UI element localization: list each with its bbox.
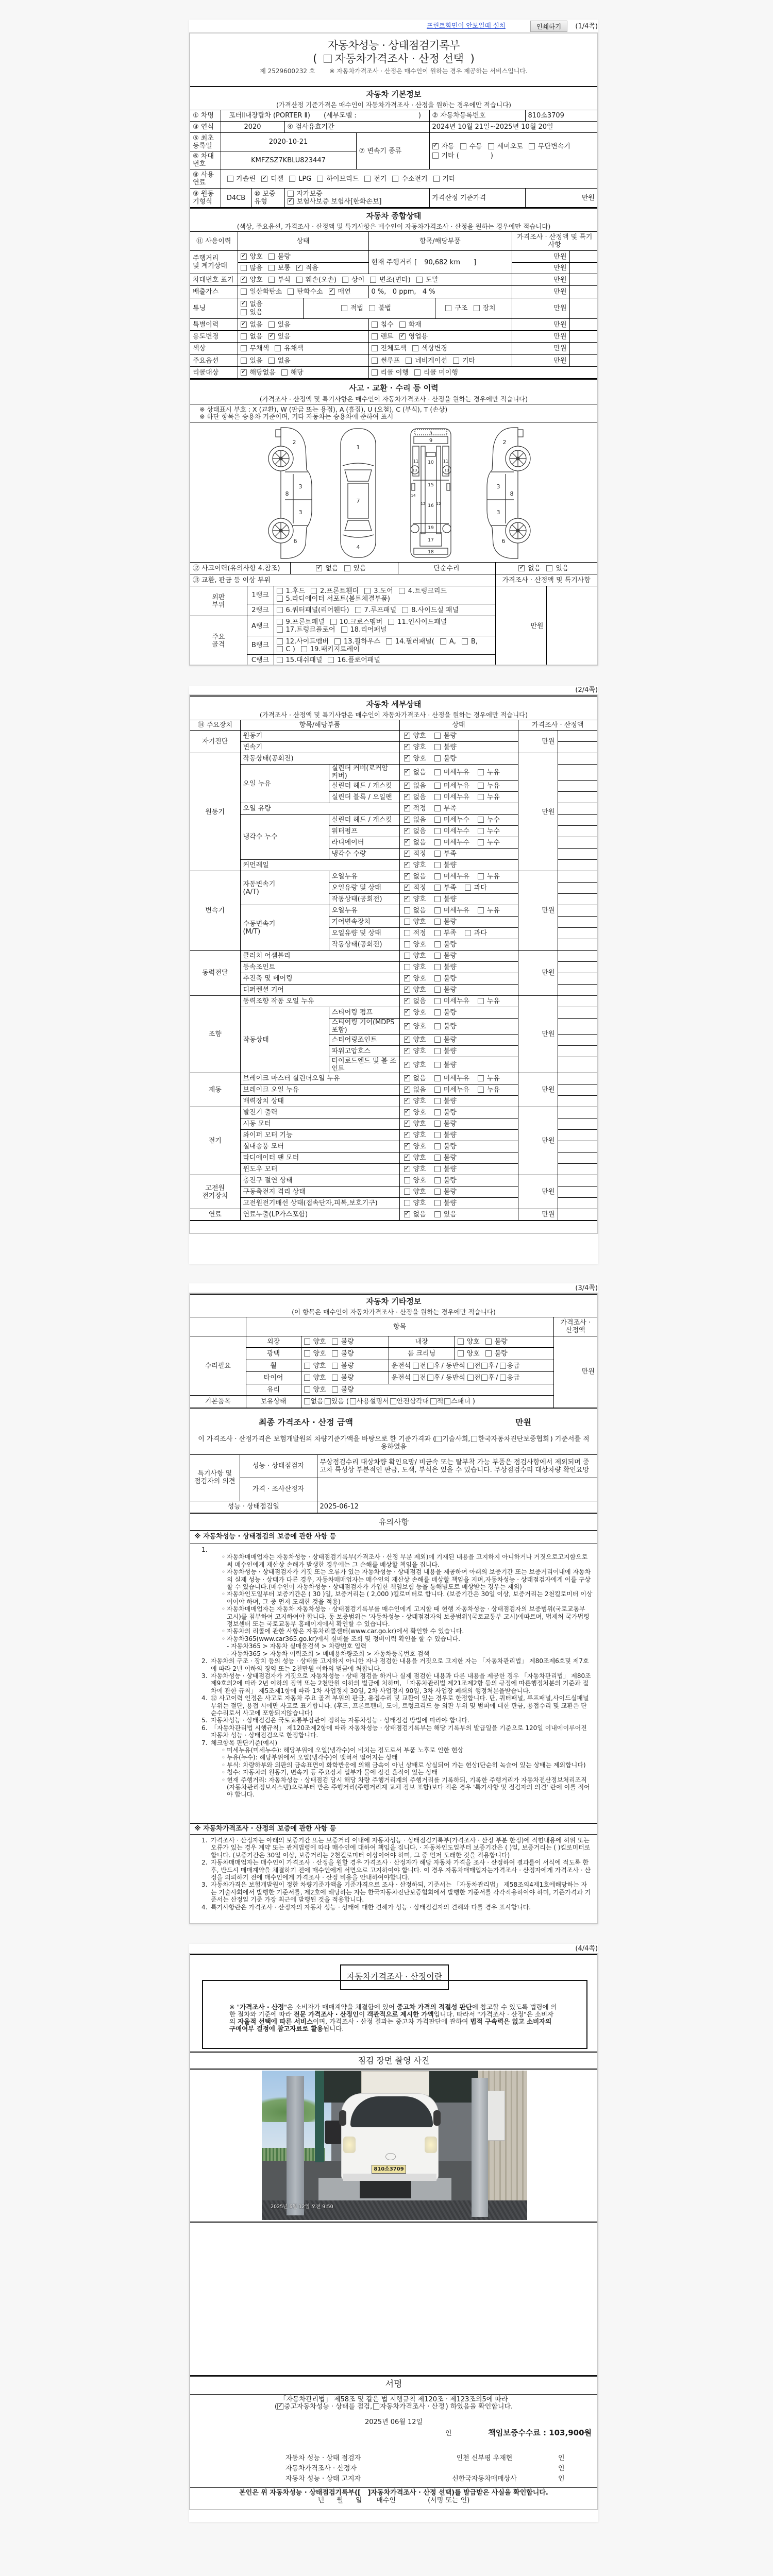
notice-number: 4.: [201, 1694, 211, 1717]
checkbox-option: 누유: [478, 1075, 500, 1082]
checkbox-label: 부족: [444, 850, 457, 858]
checkbox-label: 누수: [487, 827, 500, 835]
checkbox-unchecked-icon: [341, 626, 347, 633]
state-options: 양호불량: [399, 1130, 518, 1141]
col-header-price: 가격조사 · 산정액: [553, 1317, 597, 1336]
rank-items: 1.후드2.프론트휀더3.도어4.트렁크리드5.라디에이터 서포트(볼트체결부품…: [274, 586, 495, 604]
transmission-other-close: ): [491, 152, 493, 160]
checkbox-label: 양호: [413, 1143, 426, 1150]
checkbox-unchecked-icon: [481, 1375, 488, 1381]
checkbox-checked-icon: [404, 733, 410, 739]
checkbox-option: 양호: [404, 1009, 426, 1016]
checkbox-option: 불량: [332, 1338, 354, 1346]
checkbox-label: 미세누유: [444, 997, 469, 1005]
checkbox-unchecked-icon: [434, 755, 441, 761]
checkbox-option: 없음: [268, 357, 291, 365]
checkbox-option: 불량: [434, 1061, 457, 1069]
vin-mark-options: 양호부식훼손(오손)상이변조(변타)도말: [238, 274, 512, 286]
price-survey-about: 자동차가격조사 · 산정이란 ※ "가격조사 · 산정"은 소비자가 매매계약을…: [190, 1955, 597, 2052]
checkbox-label: 불량: [444, 986, 457, 994]
price-unit: 만원: [512, 298, 569, 319]
detail-status-rows: 자기진단원동기양호불량만원변속기양호불량원동기작동상태(공회전)양호불량만원오일…: [190, 731, 597, 1221]
warranty-type-options: 자가보증보험사보증 보험사[한화손보]: [284, 189, 429, 208]
checkbox-option: 네비게이션: [406, 357, 447, 365]
state-options: 양호불량: [399, 973, 518, 985]
checkbox-label: 양호: [413, 1131, 426, 1139]
price-note-cell: [558, 951, 597, 962]
checkbox-label: 불량: [444, 861, 457, 869]
checkbox-label: 무단변속기: [538, 143, 570, 150]
checkbox-label: 중고자동차성능 · 상태를 점검,: [284, 2403, 372, 2411]
notice-bullet: 자동차의 리콜에 관한 사항은 자동차리콜센터(www.car.go.kr)에서…: [211, 1628, 593, 1635]
checkbox-option: 과다: [465, 884, 487, 892]
part-label: 12: [421, 502, 426, 506]
checkbox-unchecked-icon: [372, 321, 378, 328]
checkbox-label: 불량: [444, 1120, 457, 1128]
page-indicator: (1/4쪽): [575, 23, 598, 30]
checkbox-unchecked-icon: [304, 1398, 310, 1404]
page-1-sheet: 자동차성능 · 상태점검기록부 ( 자동차가격조사 · 산정 선택 ) 제 25…: [189, 32, 598, 666]
checkbox-unchecked-icon: [328, 657, 334, 663]
price-note-cell: [558, 1057, 597, 1073]
checkbox-option: 사용설명서: [350, 1398, 389, 1405]
price-unit: 만원: [512, 274, 569, 286]
photo-windshield: [350, 2096, 433, 2127]
state-options: 양호불량: [399, 1035, 518, 1046]
checkbox-label: 부족: [444, 805, 457, 812]
sub-item-label: 스티어링 기어(MDPS포함): [329, 1019, 399, 1035]
checkbox-label: 부족: [444, 929, 457, 937]
checkbox-label: 적정: [413, 850, 426, 858]
checkbox-unchecked-icon: [372, 358, 378, 364]
checkbox-unchecked-icon: [478, 1087, 484, 1093]
checkbox-label: 보통: [278, 264, 291, 272]
checkbox-checked-icon: [316, 565, 322, 571]
checkbox-checked-icon: [404, 1048, 410, 1054]
checkbox-option: 양호: [404, 1061, 426, 1069]
checkbox-unchecked-icon: [342, 277, 348, 283]
section-subtitle: (이 항목은 매수인이 자동차가격조사 · 산정을 원하는 경우에만 적습니다): [190, 1308, 597, 1317]
col-header-state: 상태: [238, 232, 368, 251]
checkbox-unchecked-icon: [478, 1075, 484, 1081]
checkbox-unchecked-icon: [546, 565, 552, 571]
checkbox-unchecked-icon: [435, 1436, 442, 1442]
checkbox-option: 적정: [404, 805, 426, 812]
checkbox-label: 없음: [250, 300, 263, 308]
checkbox-option: 2.프론트휀더: [311, 587, 359, 595]
checkbox-label: 누유: [487, 1075, 500, 1082]
checkbox-label: 누유: [487, 1086, 500, 1094]
issuance-confirmation: 본인은 위 자동차성능 · 상태점검기록부([ ]자동차가격조사 · 산정 선택…: [190, 2489, 597, 2497]
item-label: 등속조인트: [240, 962, 399, 973]
checkbox-option: 양호: [404, 1109, 426, 1116]
item-label: 충전구 절연 상태: [240, 1175, 399, 1187]
checkbox-unchecked-icon: [434, 964, 441, 970]
main-options-state: 있음없음: [238, 355, 368, 367]
checkbox-option: 누수: [478, 827, 500, 835]
checkbox-option: 없음: [404, 816, 426, 824]
price-note-cell: [558, 985, 597, 996]
recall-items: 리콜 이행리콜 미이행: [368, 367, 597, 379]
law-options: 중고자동차성능 · 상태를 점검,자동차가격조사 · 산정: [277, 2403, 446, 2411]
checkbox-checked-icon: [268, 333, 275, 340]
checkbox-unchecked-icon: [478, 907, 484, 913]
sub-item-label: 실린더 헤드 / 개스킷: [329, 781, 399, 792]
photo-lift-pit: [360, 2181, 411, 2198]
item-label: 발전기 출력: [240, 1107, 399, 1118]
section-subtitle: (가격조사 · 산정액 및 특기사항은 매수인이 자동차가격조사 · 산정을 원…: [190, 395, 597, 404]
checkbox-option: 양호: [404, 861, 426, 869]
checkbox-option: 리콜 미이행: [414, 369, 458, 377]
checkbox-unchecked-icon: [304, 1363, 310, 1369]
checkbox-option: 있음: [344, 565, 366, 572]
inspection-validity-label: ④ 검사유효기간: [284, 122, 429, 133]
price-warranty-heading: ※ 자동차가격조사 · 산정의 보증에 관한 사항 등: [190, 1823, 597, 1835]
price-unit: 만원: [512, 286, 569, 298]
checkbox-checked-icon: [404, 1023, 410, 1029]
state-options: 양호불량: [399, 1187, 518, 1198]
checkbox-unchecked-icon: [289, 176, 295, 182]
checkbox-option: 누유: [478, 907, 500, 914]
part-label: 2: [293, 439, 296, 446]
checkbox-unchecked-icon: [529, 143, 535, 149]
checkbox-label: 전: [474, 1374, 481, 1382]
checkbox-option: 불량: [434, 1097, 457, 1105]
checkbox-unchecked-icon: [434, 987, 441, 993]
emission-options: 일산화탄소탄화수소매연: [238, 286, 368, 298]
notice-text: 체크항목 판단기준(예시)미세누유(미세누수): 해당부위에 오일(냉각수)이 …: [211, 1739, 593, 1799]
price-note-cell: [569, 286, 597, 298]
price-unit: 만원: [518, 951, 558, 996]
checkbox-option: 자동차가격조사 · 산정 선택: [324, 52, 464, 65]
checkbox-label: 양호: [413, 941, 426, 948]
wheel-options: 양호불량: [301, 1360, 389, 1372]
emission-values: 0 %, 0 ppm, 4 %: [368, 286, 512, 298]
notice-bullet: 자동차365(www.car365.go.kr)에서 실매물 조회 및 정비이력…: [211, 1635, 593, 1642]
checkbox-unchecked-icon: [399, 588, 405, 594]
checkbox-unchecked-icon: [406, 358, 412, 364]
detail-row: 조향동력조향 작동 오일 누유없음미세누유누유만원: [190, 996, 597, 1007]
page-indicator: (2/4쪽): [575, 686, 598, 694]
detail-row: 원동기작동상태(공회전)양호불량만원: [190, 753, 597, 765]
checkbox-checked-icon: [404, 783, 410, 789]
checkbox-unchecked-icon: [296, 277, 303, 283]
accident-parts-table: ⑫ 사고이력(유의사항 4.참조) 없음있음 단순수리 없음있음 ⑬ 교환, 판…: [190, 562, 597, 666]
checkbox-label: 과다: [474, 929, 487, 937]
checkbox-unchecked-icon: [434, 1048, 441, 1054]
checkbox-option: 수동: [460, 143, 482, 150]
checkbox-label: 영업용: [409, 333, 428, 341]
device-group-label: 전기: [190, 1107, 240, 1175]
special-history-items: 침수화재: [368, 319, 512, 331]
checkbox-option: 11.인사이드패널: [388, 618, 447, 626]
print-button[interactable]: 인쇄하기: [530, 21, 567, 32]
detail-status-heading: 자동차 세부상태 (가격조사 · 산정액 및 특기사항은 매수인이 자동차가격조…: [190, 696, 597, 720]
opinion-label: 특기사항 및 점검자의 의견: [190, 1454, 240, 1501]
checkbox-option: 불량: [434, 918, 457, 926]
overall-status-table: ⑪ 사용이력 상태 항목/해당부품 가격조사 · 산정액 및 특기사항 주행거리…: [190, 231, 597, 379]
checkbox-label: 양호: [467, 1350, 480, 1358]
item-label: 커먼레일: [240, 860, 399, 871]
checkbox-checked-icon: [404, 1166, 410, 1172]
price-note-cell: [558, 962, 597, 973]
page-3-strip: (3/4쪽): [189, 1283, 598, 1293]
inspection-validity-value: 2024년 10월 21일~2025년 10월 20일: [429, 122, 597, 133]
price-note-cell: [558, 928, 597, 939]
checkbox-unchecked-icon: [481, 1363, 488, 1369]
price-note-cell: [558, 1046, 597, 1057]
notice-paragraph: 자동차의 구조 · 장치 등의 성능 · 상태를 고지하지 아니한 자나 점검한…: [211, 1657, 593, 1672]
checkbox-label: 가솔린: [237, 175, 256, 183]
checkbox-option: 구조: [445, 304, 467, 312]
checkbox-option: 상이: [342, 276, 364, 284]
seal-mark: 인: [445, 2430, 452, 2437]
tire-options: 양호불량: [301, 1372, 389, 1384]
notice-text: 자동차매매업자는 매수인이 가격조사 · 산정을 원할 경우 가격조사 · 산정…: [211, 1859, 593, 1881]
detail-model-close: ): [418, 112, 421, 120]
state-options: 양호불량: [399, 1164, 518, 1175]
checkbox-label: 미세누유: [444, 782, 469, 790]
tuning-legal-options: 적법불법: [303, 298, 435, 319]
checkbox-option: 양호: [404, 1120, 426, 1128]
checkbox-option: 양호: [404, 1165, 426, 1173]
inspector-opinion-text: 무상점검수리 대상차량 확인요망/ 비금속 또는 탈부착 가능 부품은 점검사항…: [317, 1454, 597, 1478]
gloss-options: 양호불량: [301, 1348, 389, 1360]
device-group-label: 동력전달: [190, 951, 240, 996]
body-text: 됩니다.: [323, 2025, 344, 2032]
checkbox-unchecked-icon: [372, 345, 378, 351]
overall-status-heading: 자동차 종합상태 (색상, 주요옵션, 가격조사 · 산정액 및 특기사항은 매…: [190, 208, 597, 231]
checkbox-label: 양호: [413, 1165, 426, 1173]
checkbox-unchecked-icon: [372, 333, 378, 340]
part-label: 3: [497, 483, 500, 490]
checkbox-unchecked-icon: [478, 998, 484, 1004]
checkbox-label: 없음: [413, 907, 426, 914]
checkbox-checked-icon: [404, 1062, 410, 1068]
state-options: 없음미세누유누유: [399, 1073, 518, 1084]
color-label: 색상: [190, 343, 238, 355]
notice-bullet: 부식: 차량하부와 외판의 금속표면이 화학반응에 의해 금속이 아닌 상태로 …: [211, 1761, 593, 1769]
checkbox-option: 불량: [332, 1374, 354, 1382]
checkbox-option: 3.도어: [364, 587, 393, 595]
separator: /: [441, 1362, 443, 1370]
checkbox-option: 해당없음: [241, 369, 276, 377]
checkbox-unchecked-icon: [434, 1023, 441, 1029]
part-label: 17: [428, 538, 433, 543]
part-label: 13: [413, 468, 417, 472]
photo-bumper: [343, 2174, 436, 2181]
checkbox-checked-icon: [261, 176, 267, 182]
spare-option: 응급: [500, 1362, 520, 1370]
emphasis-text: 자율적 선택에 따른 서비스: [238, 2018, 313, 2025]
possession-state: 없음있음 (: [304, 1398, 350, 1405]
checkbox-label: 있음: [250, 309, 263, 316]
sub-item-label: 워터펌프: [329, 826, 399, 837]
checkbox-unchecked-icon: [334, 638, 341, 645]
checkbox-label: 5.라디에이터 서포트(볼트체결부품): [286, 595, 391, 603]
state-options: 양호불량: [399, 1118, 518, 1130]
item-label: 추진축 및 베어링: [240, 973, 399, 985]
checkbox-label: 한국자동차진단보증협회: [478, 1435, 549, 1443]
price-note-cell: [569, 343, 597, 355]
checkbox-label: B,: [471, 638, 478, 646]
checkbox-label: 없음: [413, 997, 426, 1005]
room-cleaning-label: 룸 크리닝: [389, 1348, 455, 1360]
checkbox-unchecked-icon: [434, 1143, 441, 1149]
sub-item-label: 오일누유: [329, 905, 399, 917]
checkbox-label: 없음: [311, 1398, 324, 1405]
photo-license-plate: 810소3709: [372, 2165, 406, 2174]
checkbox-unchecked-icon: [390, 1398, 396, 1404]
checkbox-label: 없음: [413, 839, 426, 846]
state-options: 없음미세누유누유: [399, 1084, 518, 1096]
separator: /: [496, 1374, 498, 1382]
checkbox-checked-icon: [404, 851, 410, 857]
checkbox-checked-icon: [404, 862, 410, 868]
price-unit: 만원: [495, 586, 546, 666]
price-unit: 만원: [518, 996, 558, 1073]
checkbox-label: 적법: [350, 304, 363, 312]
item-label: 동력조향 작동 오일 누유: [240, 996, 399, 1007]
sub-item-label: 기어변속장치: [329, 917, 399, 928]
checkbox-option: 미세누유: [434, 769, 469, 776]
checkbox-option: 10.크로스멤버: [330, 618, 382, 626]
checkbox-option: 부족: [434, 929, 457, 937]
price-note-cell: [569, 298, 597, 319]
checkbox-unchecked-icon: [268, 277, 275, 283]
checkbox-label: 누유: [487, 997, 500, 1005]
checkbox-unchecked-icon: [434, 769, 441, 775]
color-options: 무채색유채색: [238, 343, 368, 355]
price-note-cell: [558, 792, 597, 803]
print-install-link[interactable]: 프린트화면이 안보일때 설치: [427, 22, 506, 29]
checkbox-option: 8.사이드실 패널: [402, 606, 459, 614]
checkbox-option: 누유: [478, 769, 500, 776]
price-unit: 만원: [518, 1073, 558, 1107]
checkbox-option: 불량: [434, 1120, 457, 1128]
checkbox-label: 불량: [341, 1374, 354, 1382]
price-note-cell: [558, 765, 597, 781]
price-note-cell: [569, 319, 597, 331]
sub-item-label: 타이로드엔드 및 볼 조인트: [329, 1057, 399, 1073]
notice-paragraph: 자동차성능 · 상태점검은 국토교통부장관이 정하는 자동차성능 · 상태점검 …: [211, 1717, 593, 1724]
main-options-label: 주요옵션: [190, 355, 238, 367]
checkbox-label: 양호: [250, 253, 263, 261]
checkbox-option: 없음: [241, 321, 263, 329]
checkbox-option: 침수: [372, 321, 394, 329]
checkbox-label: 누유: [487, 793, 500, 801]
mileage-amount-options: 많음보통적음: [238, 263, 368, 274]
print-toolbar: 프린트화면이 안보일때 설치 인쇄하기 (1/4쪽): [189, 20, 598, 32]
notice-text: 자동차성능 · 상태점검은 국토교통부장관이 정하는 자동차성능 · 상태점검 …: [211, 1717, 593, 1724]
state-options: 양호불량: [399, 1057, 518, 1073]
price-unit: 만원: [512, 355, 569, 367]
checkbox-label: 미세누유: [444, 907, 469, 914]
checkbox-option: 안전삼각대: [390, 1398, 429, 1405]
price-note-cell: [558, 781, 597, 792]
checkbox-option: 누유: [478, 782, 500, 790]
detail-row: 제동브레이크 마스터 실린더오일 누유없음미세누유누유만원: [190, 1073, 597, 1084]
checkbox-unchecked-icon: [241, 345, 247, 351]
state-options: 적정부족과다: [399, 928, 518, 939]
body-text: 이: [359, 2010, 367, 2018]
checkbox-option: 없음: [241, 333, 263, 341]
part-label: 16: [428, 503, 434, 509]
photo-brand-emblem: [385, 2153, 396, 2160]
signature-date: 2025년 06월 12일: [190, 2419, 597, 2426]
rank-items: 9.프론트패널10.크로스멤버11.인사이드패널17.트렁크플로어18.리어패널: [274, 616, 495, 636]
price-survey-selection: ( 자동차가격조사 · 산정 선택 ): [190, 52, 597, 65]
notice-bullet: 자동차성능 · 상태점검자가 거짓 또는 오류가 있는 자동차성능 · 상태점검…: [211, 1568, 593, 1590]
checkbox-unchecked-icon: [404, 941, 410, 947]
part-label: 3: [299, 509, 303, 516]
checkbox-option: 도말: [416, 276, 439, 284]
checkbox-option: 12.사이드멤버: [277, 638, 329, 646]
checkbox-checked-icon: [404, 839, 410, 845]
section-subtitle: (가격산정 기준가격은 매수인이 자동차가격조사 · 산정을 원하는 경우에만 …: [190, 100, 597, 110]
passenger-seat-options: 전후: [467, 1362, 496, 1370]
checkbox-option: 양호: [404, 1177, 426, 1184]
checkbox-unchecked-icon: [434, 1189, 441, 1195]
fuel-options: 가솔린디젤LPG하이브리드전기수소전기기타: [221, 170, 597, 189]
checkbox-option: 후: [481, 1374, 495, 1382]
price-note-cell: [558, 1096, 597, 1107]
month-label: 월: [337, 2497, 343, 2504]
checkbox-label: 전: [419, 1374, 426, 1382]
state-options: 없음미세누유누유: [399, 765, 518, 781]
part-label: 11: [413, 459, 418, 464]
notice-item: 2.자동차매매업자는 매수인이 가격조사 · 산정을 원할 경우 가격조사 · …: [201, 1859, 593, 1881]
checkbox-unchecked-icon: [241, 358, 247, 364]
checkbox-label: 세미오토: [497, 143, 523, 150]
checkbox-label: 16.플로어패널: [337, 656, 380, 664]
checkbox-unchecked-icon: [465, 930, 471, 936]
checkbox-label: 전체도색: [381, 345, 407, 352]
checkbox-label: 있음 (: [331, 1398, 349, 1405]
photo-headlight-left: [343, 2137, 356, 2153]
checkbox-label: 양호: [413, 895, 426, 903]
emission-label: 배출가스: [190, 286, 238, 298]
checkbox-label: 해당: [291, 369, 304, 377]
notice-number: 7.: [201, 1739, 211, 1799]
item-label: 윈도우 모터: [240, 1164, 399, 1175]
exterior-options: 양호불량: [301, 1336, 389, 1348]
checkbox-checked-icon: [241, 369, 247, 376]
state-options: 양호불량: [399, 917, 518, 928]
checkbox-label: 없음: [413, 827, 426, 835]
checkbox-unchecked-icon: [485, 1350, 492, 1357]
rank-label: 2랭크: [247, 604, 274, 616]
checkbox-option: 부족: [434, 805, 457, 812]
tire-position: 운전석 전후/ 동반석 전후/ 응급: [389, 1372, 553, 1384]
checkbox-checked-icon: [404, 744, 410, 750]
checkbox-option: 없음: [304, 1398, 324, 1405]
device-group-label: 연료: [190, 1209, 240, 1221]
photo-timestamp: 2025년 6월 12일 오전 9:50: [271, 2202, 333, 2210]
tuning-options: 없음있음: [238, 298, 303, 319]
checkbox-label: 불량: [444, 963, 457, 971]
checkbox-label: 누유: [487, 769, 500, 776]
checkbox-unchecked-icon: [277, 638, 283, 645]
current-mileage-close: ]: [474, 259, 476, 266]
checkbox-label: 누유: [487, 782, 500, 790]
checkbox-option: 무채색: [241, 345, 270, 352]
emphasis-text: 가격조사 · 산정: [240, 2003, 284, 2011]
checkbox-unchecked-icon: [467, 1363, 474, 1369]
part-label: 19: [428, 526, 434, 531]
checkbox-label: 양호: [413, 1199, 426, 1207]
simple-repair-options: 없음있음: [495, 563, 597, 574]
